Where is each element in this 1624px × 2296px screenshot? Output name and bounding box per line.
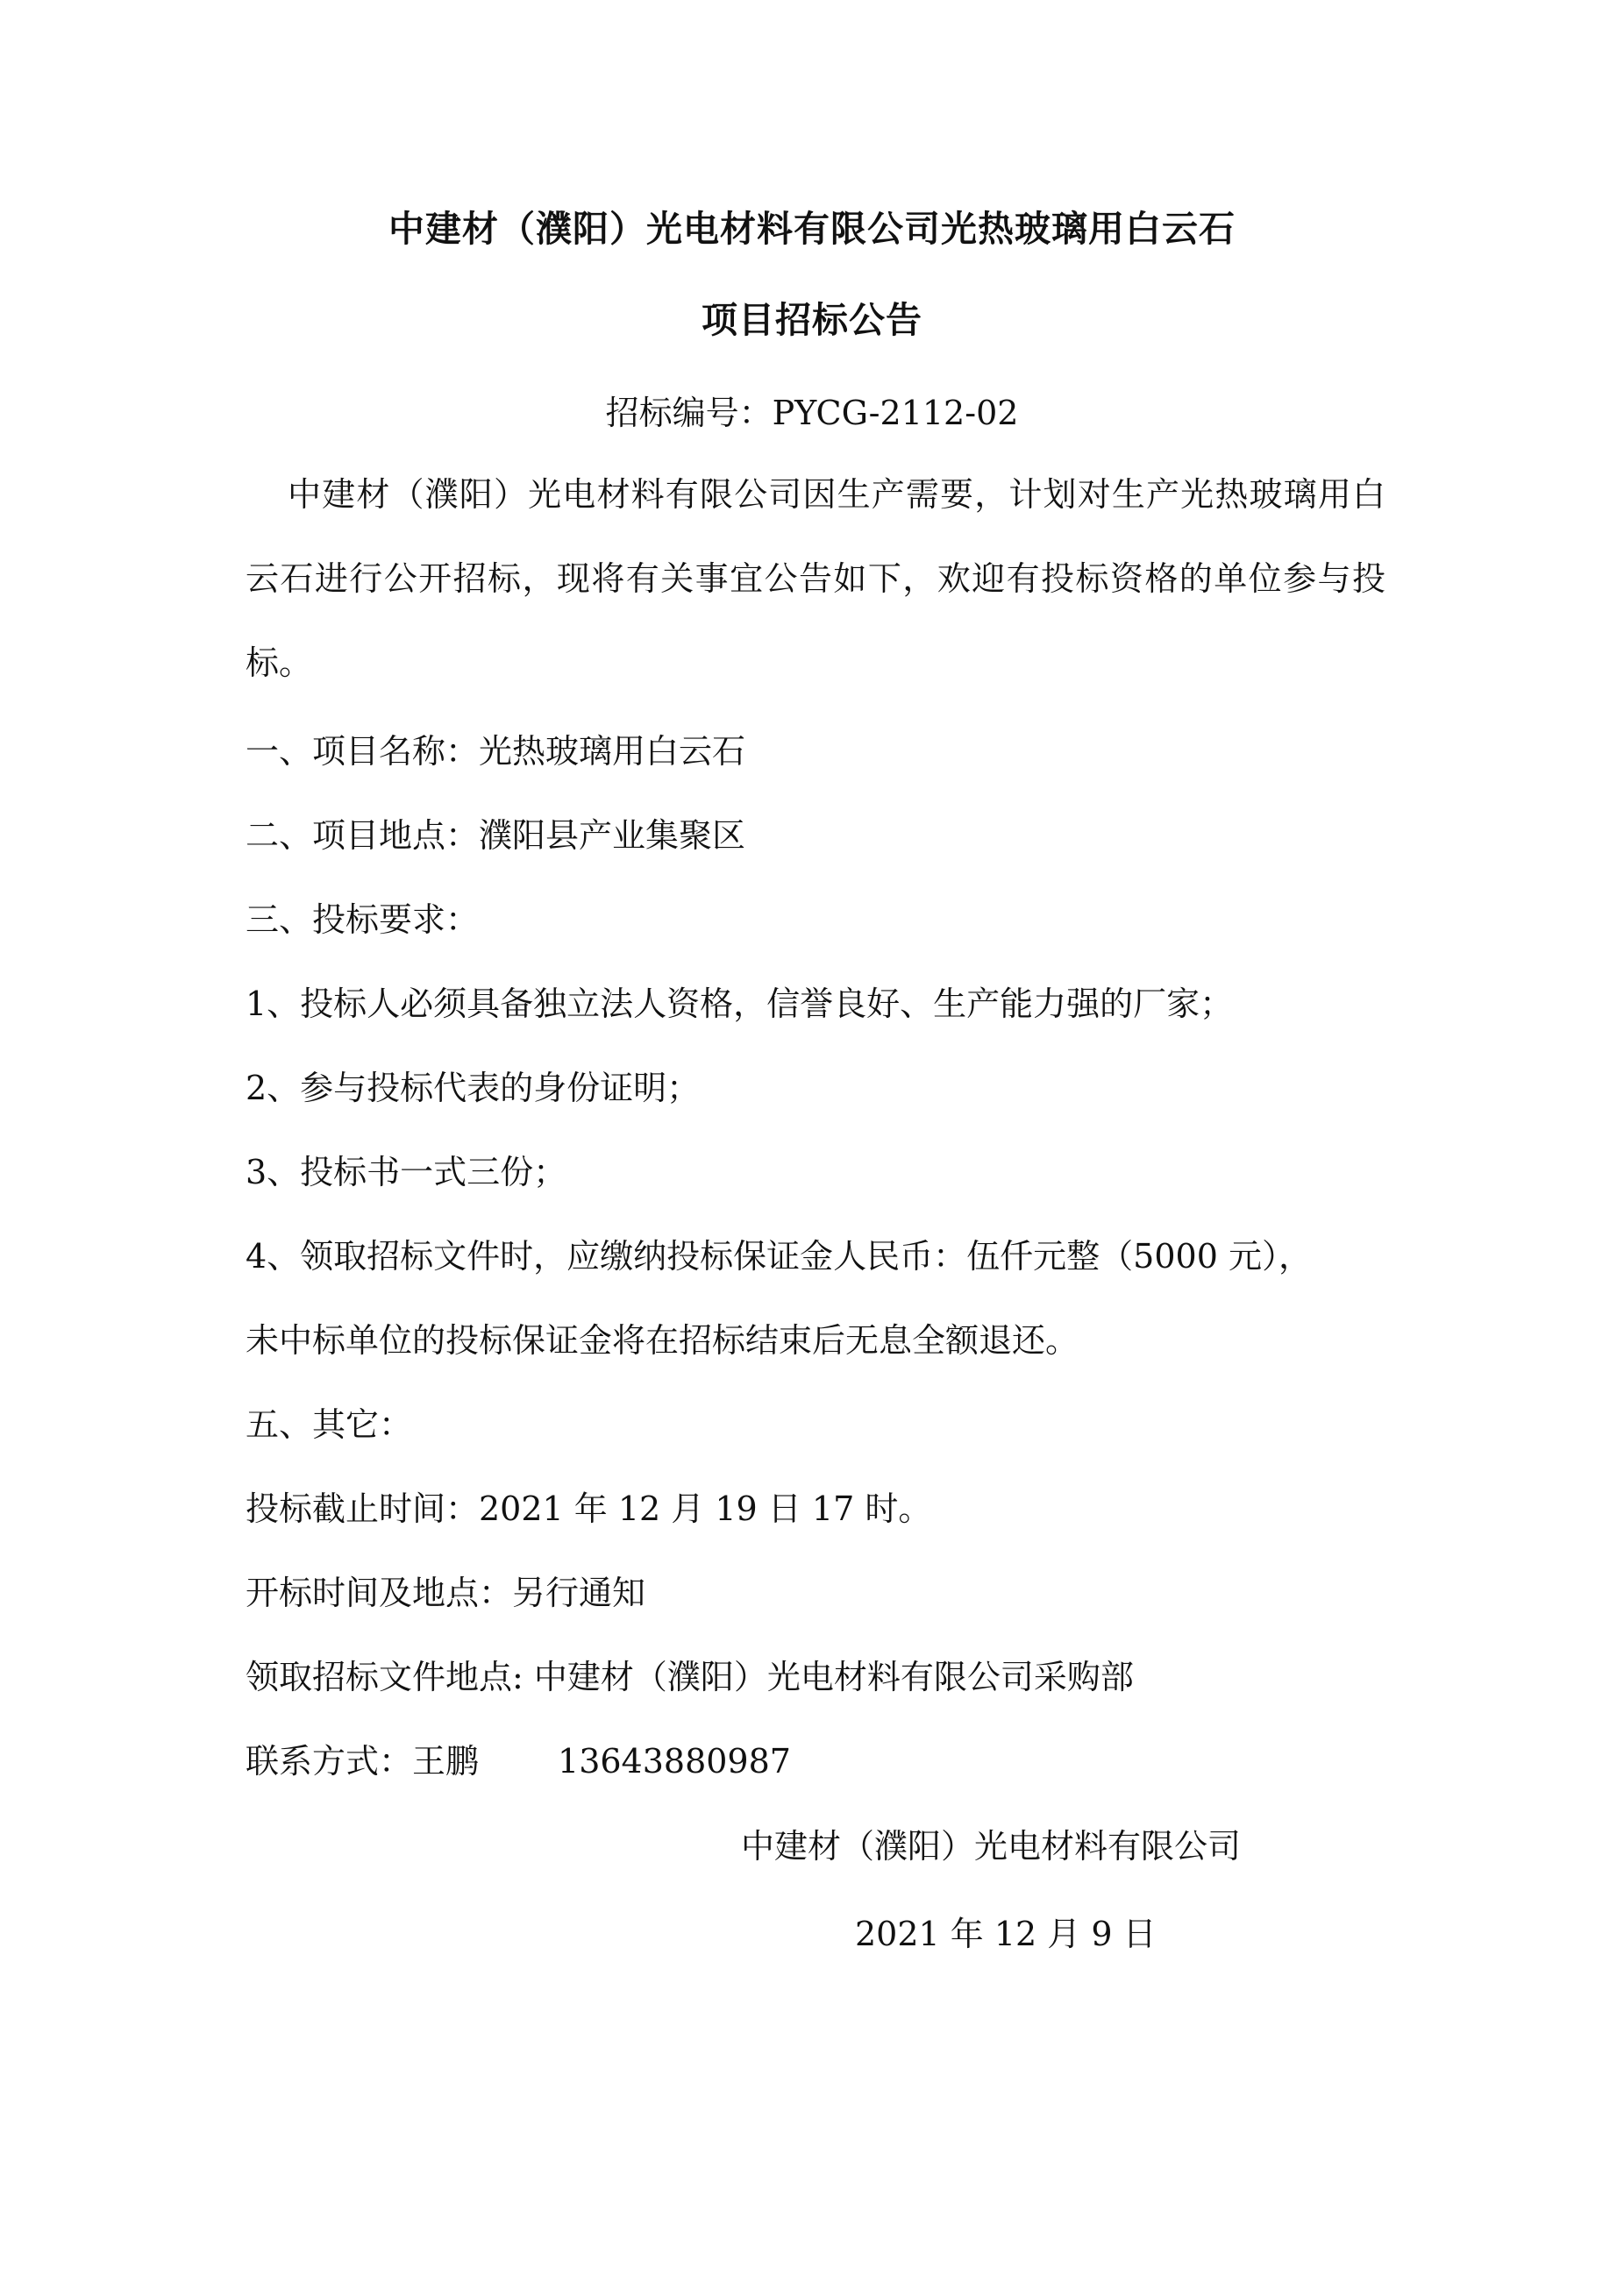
intro-paragraph: 中建材（濮阳）光电材料有限公司因生产需要，计划对生产光热玻璃用白云石进行公开招标… — [246, 452, 1385, 705]
signature-company: 中建材（濮阳）光电材料有限公司 — [741, 1819, 1241, 1867]
document-title-line1: 中建材（濮阳）光电材料有限公司光热玻璃用白云石 — [0, 200, 1624, 252]
document-title-line2: 项目招标公告 — [0, 291, 1624, 343]
bid-deadline: 投标截止时间：2021 年 12 月 19 日 17 时。 — [246, 1482, 931, 1530]
contact-phone: 13643880987 — [558, 1742, 791, 1781]
project-location: 二、项目地点：濮阳县产业集聚区 — [246, 808, 745, 857]
bid-opening: 开标时间及地点：另行通知 — [246, 1566, 645, 1614]
bid-number: 招标编号：PYCG-2112-02 — [0, 386, 1624, 434]
requirement-4-line1: 4、领取招标文件时，应缴纳投标保证金人民币：伍仟元整（5000 元）， — [246, 1229, 1312, 1277]
requirement-3: 3、投标书一式三份； — [246, 1145, 566, 1193]
signature-date: 2021 年 12 月 9 日 — [855, 1907, 1157, 1955]
project-name: 一、项目名称：光热玻璃用白云石 — [246, 724, 745, 772]
contact-info: 联系方式：王鹏13643880987 — [246, 1734, 791, 1782]
document-pickup-location: 领取招标文件地点: 中建材（濮阳）光电材料有限公司采购部 — [246, 1650, 1134, 1698]
contact-label: 联系方式：王鹏 — [246, 1742, 479, 1781]
other-heading: 五、其它： — [246, 1397, 412, 1446]
requirements-heading: 三、投标要求： — [246, 892, 479, 941]
requirement-1: 1、投标人必须具备独立法人资格，信誉良好、生产能力强的厂家； — [246, 977, 1233, 1025]
requirement-2: 2、参与投标代表的身份证明； — [246, 1061, 700, 1109]
requirement-4-line2: 未中标单位的投标保证金将在招标结束后无息全额退还。 — [246, 1313, 1079, 1361]
